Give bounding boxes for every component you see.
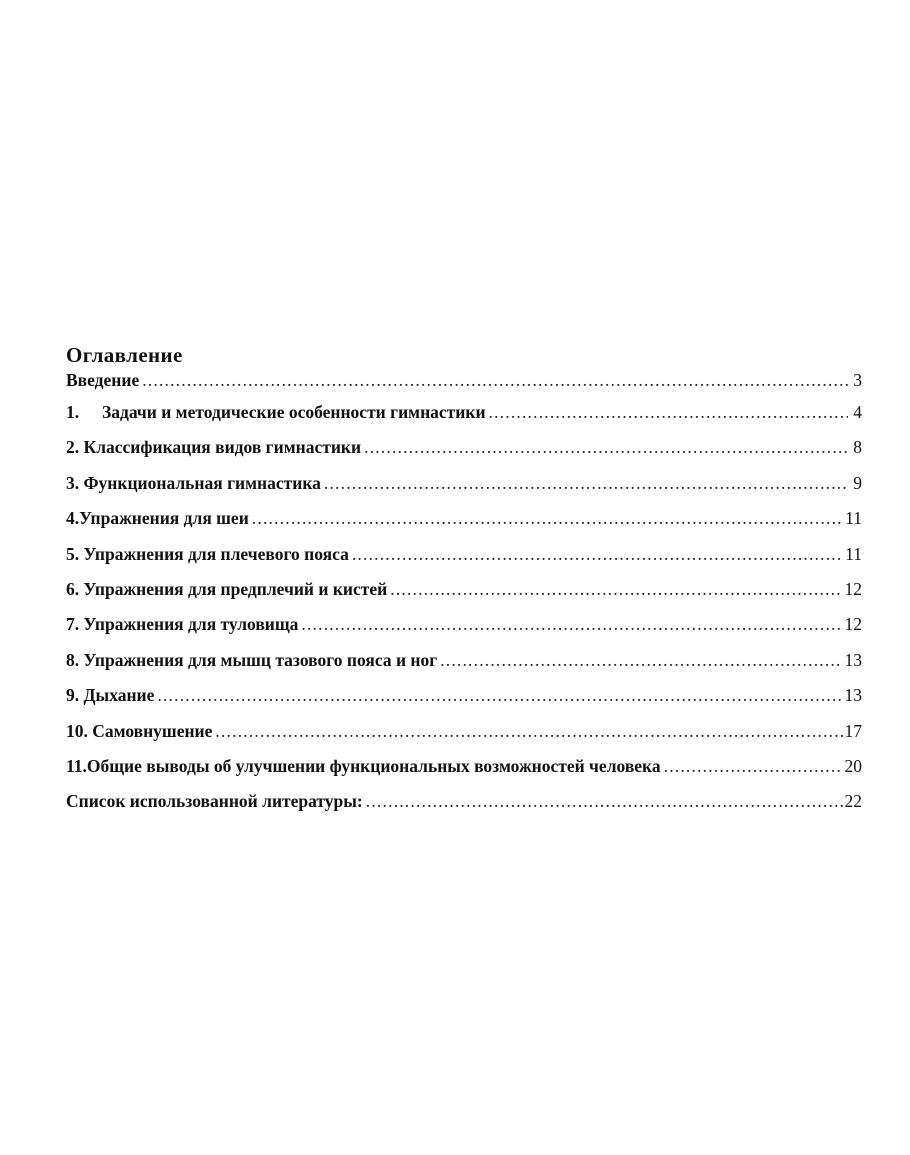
toc-dot-leader [489,400,848,424]
toc-dot-leader [366,789,843,813]
toc-entry-label: 6. Упражнения для предплечий и кистей [66,577,387,601]
toc-entry-text: Задачи и методические особенности гимнас… [102,402,486,422]
toc-entry-label: 5. Упражнения для плечевого пояса [66,542,349,566]
toc-entry-label: 4.Упражнения для шеи [66,506,249,530]
toc-dot-leader [664,754,843,778]
toc-dot-leader [324,471,848,495]
document-page: Оглавление Введение 3 1.Задачи и методич… [0,0,910,1155]
toc-entry-label: 7. Упражнения для туловища [66,612,298,636]
toc-entry[interactable]: 7. Упражнения для туловища 12 [66,612,862,647]
toc-dot-leader [215,719,842,743]
toc-dot-leader [364,435,848,459]
toc-entry[interactable]: 11.Общие выводы об улучшении функциональ… [66,754,862,789]
toc-page-number: 13 [845,683,863,707]
toc-title: Оглавление [66,342,862,368]
toc-entry-label: 2. Классификация видов гимнастики [66,435,361,459]
toc-page-number: 12 [845,577,863,601]
toc-entry-label: 1.Задачи и методические особенности гимн… [66,400,486,424]
toc-entry-label: 11.Общие выводы об улучшении функциональ… [66,754,661,778]
toc-page-number: 4 [850,400,862,424]
toc-page-number: 12 [845,612,863,636]
toc-entry[interactable]: 9. Дыхание 13 [66,683,862,718]
toc-entry[interactable]: Введение 3 [66,368,862,400]
toc-page-number: 17 [845,719,863,743]
toc-entry[interactable]: 10. Самовнушение 17 [66,719,862,754]
toc-entry-label: Список использованной литературы: [66,789,363,813]
toc-list: Введение 3 1.Задачи и методические особе… [66,368,862,825]
toc-dot-leader [440,648,842,672]
toc-page-number: 3 [850,368,862,392]
toc-page-number: 13 [845,648,863,672]
toc-page-number: 11 [845,542,862,566]
toc-dot-leader [352,542,843,566]
toc-page-number: 22 [845,789,863,813]
toc-entry[interactable]: 6. Упражнения для предплечий и кистей 12 [66,577,862,612]
toc-entry[interactable]: 5. Упражнения для плечевого пояса 11 [66,542,862,577]
toc-entry-label: 3. Функциональная гимнастика [66,471,321,495]
toc-entry[interactable]: Список использованной литературы: 22 [66,789,862,824]
toc-entry[interactable]: 1.Задачи и методические особенности гимн… [66,400,862,435]
toc-page-number: 8 [850,435,862,459]
toc-dot-leader [157,683,842,707]
toc-dot-leader [301,612,842,636]
toc-entry-label: 9. Дыхание [66,683,154,707]
toc-entry[interactable]: 2. Классификация видов гимнастики 8 [66,435,862,470]
toc-entry[interactable]: 3. Функциональная гимнастика 9 [66,471,862,506]
toc-page-number: 20 [845,754,863,778]
toc-dot-leader [252,506,843,530]
toc-entry-label: Введение [66,368,139,392]
toc-entry-label: 8. Упражнения для мышц тазового пояса и … [66,648,437,672]
toc-entry-label: 10. Самовнушение [66,719,212,743]
toc-entry[interactable]: 8. Упражнения для мышц тазового пояса и … [66,648,862,683]
toc-entry[interactable]: 4.Упражнения для шеи 11 [66,506,862,541]
table-of-contents: Оглавление Введение 3 1.Задачи и методич… [66,342,862,825]
toc-page-number: 9 [850,471,862,495]
toc-entry-number: 1. [66,400,102,424]
toc-page-number: 11 [845,506,862,530]
toc-dot-leader [390,577,842,601]
toc-dot-leader [142,368,848,392]
